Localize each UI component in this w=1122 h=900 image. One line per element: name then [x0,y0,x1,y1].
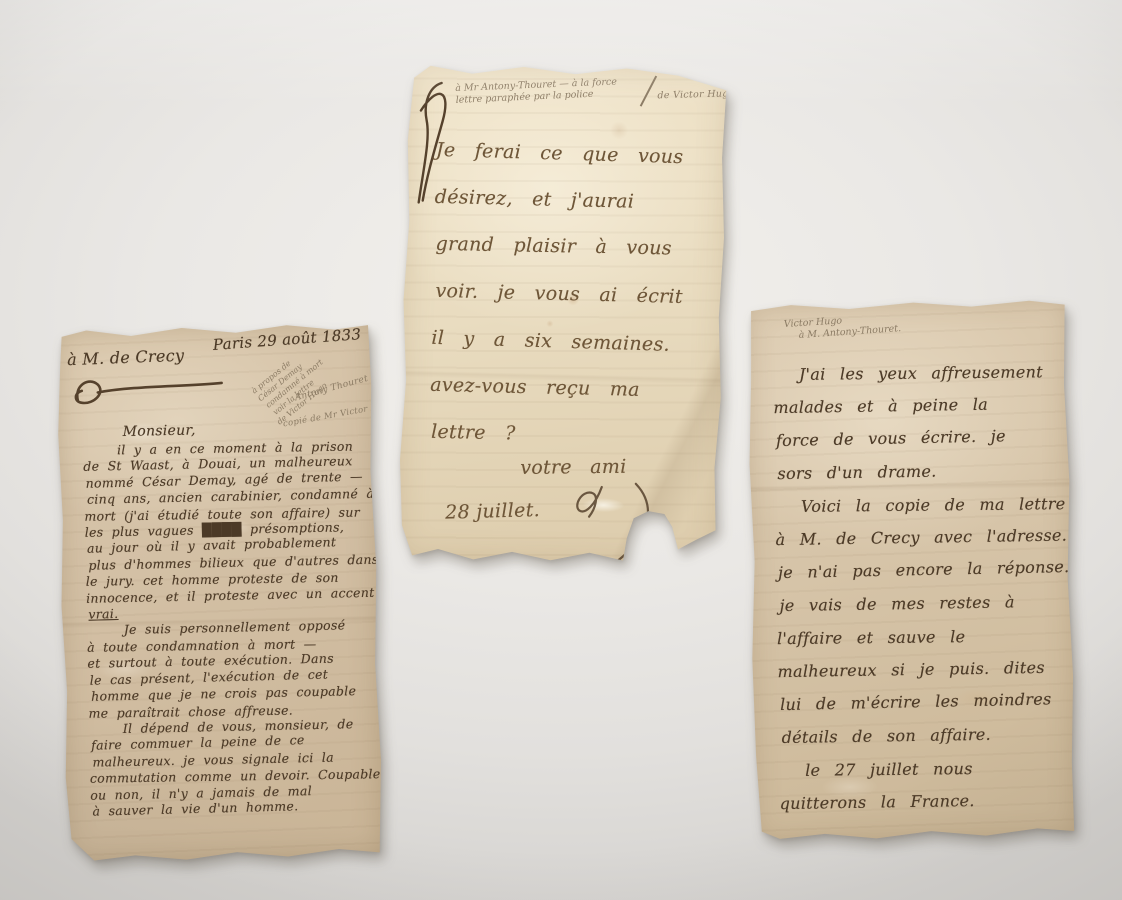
letter-left-body: il y a en ce moment à la prison de St Wa… [83,437,381,820]
manuscript-line: avez-vous reçu ma [430,362,679,415]
manuscript-line: grand plaisir à vous [435,221,683,273]
manuscript-line: lui de m'écrire les moindres [780,682,1072,721]
manuscript-line: l'affaire et sauve le [777,619,1069,655]
letter-right-paper: Victor Hugo à M. Antony-Thouret. J'ai le… [746,298,1076,843]
manuscript-line: force de vous écrire. je [776,418,1068,457]
manuscript-line: désirez, et j'aurai [434,174,683,227]
manuscript-line: je vais de mes restes à [779,584,1071,622]
manuscript-line: Je ferai ce que vous [435,127,684,181]
manuscript-line: détails de son affaire. [781,716,1073,754]
letter-middle-body: Je ferai ce que vous désirez, et j'aurai… [428,127,683,462]
letter-middle-paper: à Mr Antony-Thouret — à la force lettre … [396,60,730,568]
paraph-flourish-icon [63,368,234,416]
signature-paraph-icon [512,479,706,568]
pencil-note-block: à Mr Antony-Thouret — à la force lettre … [455,76,618,107]
letter-right: Victor Hugo à M. Antony-Thouret. J'ai le… [750,300,1072,840]
letter-middle: à Mr Antony-Thouret — à la force lettre … [402,64,724,564]
manuscript-line: il y a six semaines. [431,315,680,369]
pencil-note-block: Victor Hugo à M. Antony-Thouret. [783,311,901,343]
manuscript-line: sors d'un drame. [777,453,1069,491]
pencil-slash-stroke [640,76,657,107]
letter-left-paper: à M. de Crecy Paris 29 août 1833 à propo… [54,321,383,864]
closing-line: votre ami [520,456,627,479]
manuscript-line: le 27 juillet nous [779,751,1071,787]
manuscript-line: voir. je vous ai écrit [435,268,684,321]
date-line: 28 juillet. [445,499,540,524]
manuscript-line: J'ai les yeux affreusement [773,355,1065,391]
photo-background: à M. de Crecy Paris 29 août 1833 à propo… [0,0,1122,900]
letter-right-body: J'ai les yeux affreusement malades et à … [773,354,1072,821]
letter-left: à M. de Crecy Paris 29 août 1833 à propo… [60,324,378,860]
manuscript-line: Voici la copie de ma lettre [775,487,1067,523]
pencil-attribution: de Victor Hugo. [657,88,730,101]
manuscript-line: lettre ? [431,409,679,461]
dateline: Paris 29 août 1833 [212,325,362,354]
addressee-line: à M. de Crecy [67,346,185,369]
manuscript-line: quitterons la France. [779,783,1071,821]
manuscript-line: je n'ai pas encore la réponse. [778,550,1070,589]
salutation: Monsieur, [122,422,195,440]
